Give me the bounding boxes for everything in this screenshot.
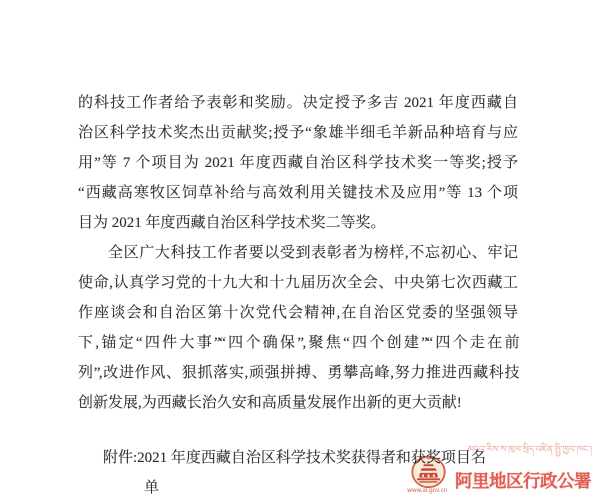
text-line: 的科技工作者给予表彰和奖励。决定授予多吉 2021 年度西藏自	[78, 88, 518, 118]
text-line: 创新发展,为西藏长治久安和高质量发展作出新的更大贡献!	[78, 388, 518, 418]
text-line: 目为 2021 年度西藏自治区科学技术奖二等奖。	[78, 208, 518, 238]
attachment-line: 单	[78, 473, 518, 497]
text-line: 使命,认真学习党的十九大和十九届历次全会、中央第七次西藏工	[78, 268, 518, 298]
text-line: 列”,改进作风、狠抓落实,顽强拼搏、勇攀高峰,努力推进西藏科技	[78, 358, 518, 388]
text-line: 下,锚定“四件大事”“四个确保”,聚焦“四个创建”“四个走在前	[78, 328, 518, 358]
text-line: 作座谈会和自治区第十次党代会精神,在自治区党委的坚强领导	[78, 298, 518, 328]
document-page: 的科技工作者给予表彰和奖励。决定授予多吉 2021 年度西藏自 治区科学技术奖杰…	[0, 0, 594, 497]
letter-body: 的科技工作者给予表彰和奖励。决定授予多吉 2021 年度西藏自 治区科学技术奖杰…	[78, 88, 518, 497]
text-line: 全区广大科技工作者要以受到表彰者为榜样,不忘初心、牢记	[78, 238, 518, 268]
text-line: 治区科学技术奖杰出贡献奖;授予“象雄半细毛羊新品种培育与应	[78, 118, 518, 148]
text-line: 用”等 7 个项目为 2021 年度西藏自治区科学技术奖一等奖;授予	[78, 148, 518, 178]
text-line: “西藏高寒牧区饲草补给与高效利用关键技术及应用”等 13 个项	[78, 178, 518, 208]
attachment-line: 附件:2021 年度西藏自治区科学技术奖获得者和获奖项目名	[78, 443, 518, 473]
